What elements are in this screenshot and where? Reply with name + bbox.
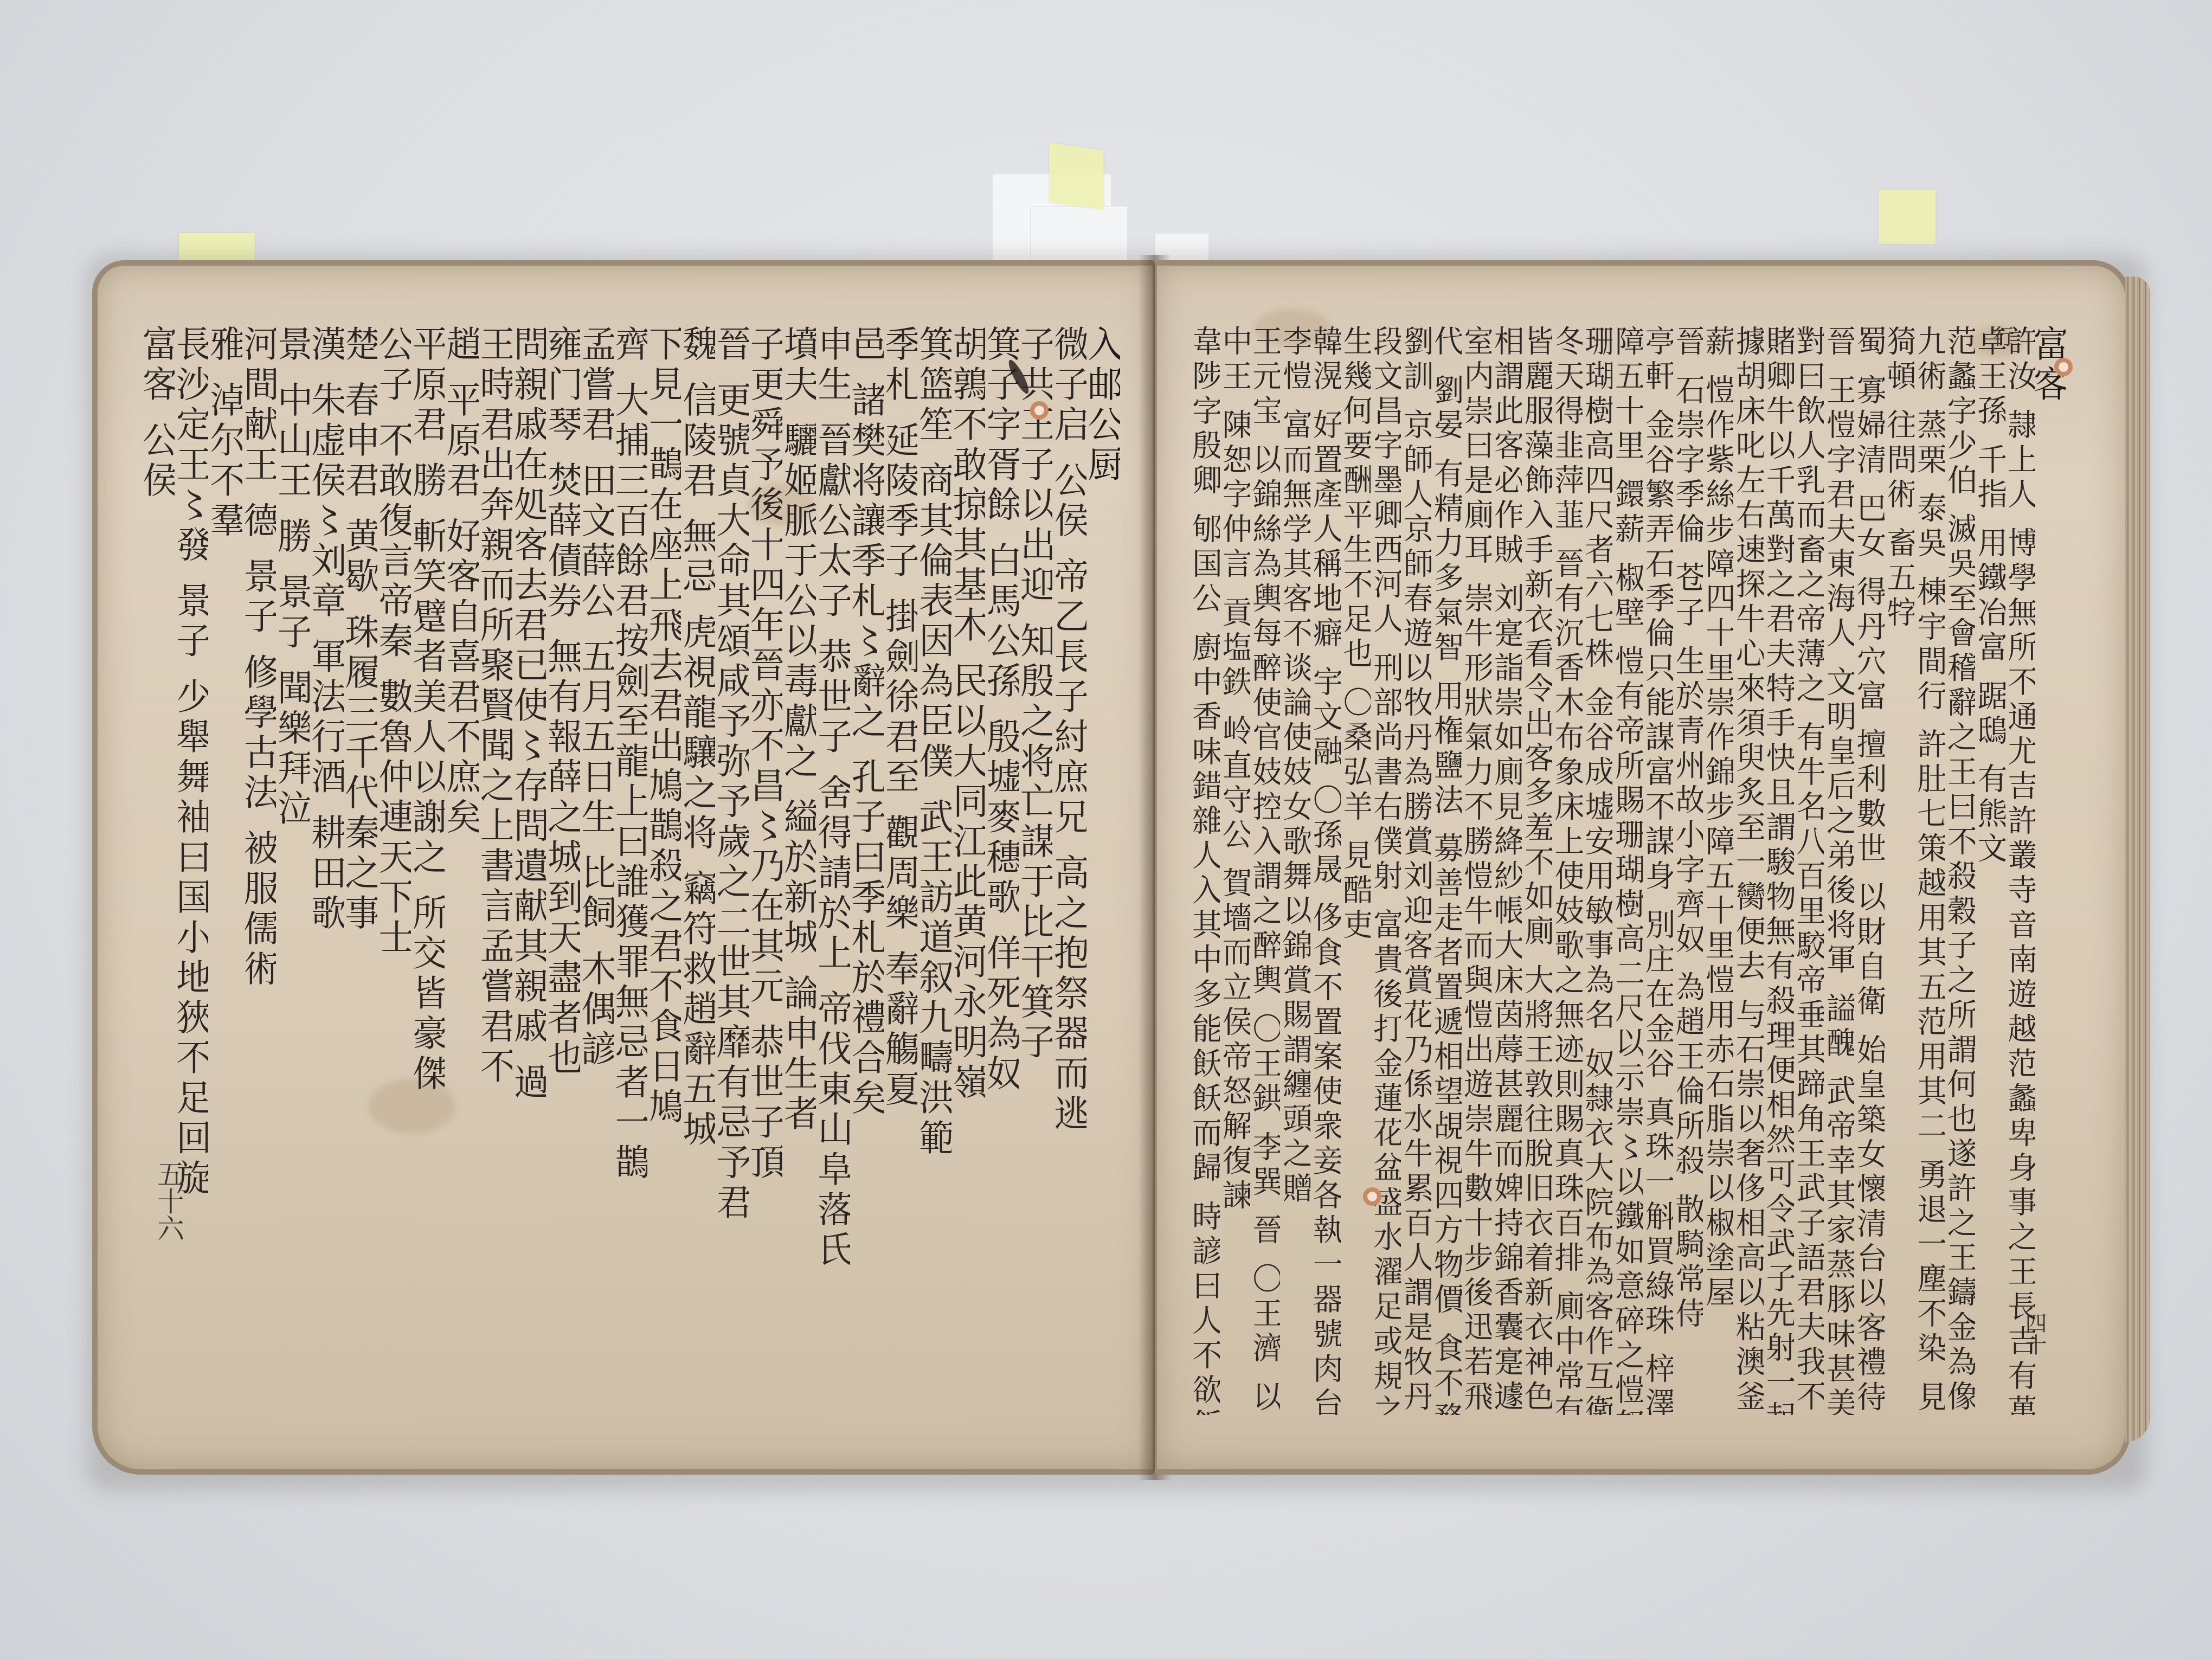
text-column: 胡鶉不敢掠其基木 民以大同江此黄河永明嶺: [951, 325, 985, 1415]
text-column: 魏 信陵君 無忌 虎視龍驤之将 竊符救趙辭五城: [681, 325, 715, 1415]
text-column: 漢 朱虚侯〻刘章 軍法行酒 耕田歌: [310, 325, 343, 1415]
text-column: 據胡床叱左右速探牛心來須臾炙至一臠便去 与石崇以奢侈相高以粘澳釜崇以蠟代: [1733, 325, 1764, 1415]
text-column: 公子 不敢復言帝秦 數魯仲連天下士: [377, 325, 411, 1415]
text-column: 問親戚在処客去君已使〻存問遺献其親戚 過: [512, 325, 546, 1415]
text-column: 長沙定王〻發 景子 少舉舞袖曰国小地狹不足回旋: [175, 325, 208, 1415]
text-column: 范蠡字少伯 滅吳至會稽辭之王曰不殺穀子之所謂何也遂許之王鑄金為像 蓬萊漢: [1945, 325, 1975, 1415]
text-column: 季札 延陵季子 掛劍徐君至 觀周樂 奉辭觴夏: [884, 325, 917, 1415]
corner-mark: 行: [1986, 325, 2017, 347]
text-column: 中王 陳恕字仲言 貢塩鉄 岭直守公 賀墻而立侯帝怒解復諫: [1220, 325, 1250, 1415]
text-column: 申生 晉獻公太子 恭世子 舍得請於上 帝伐東山阜落氏: [816, 325, 850, 1415]
text-column: 平原君 勝 斬笑躄者美人以謝之 所交皆豪傑: [411, 325, 445, 1415]
text-column: 齊 大捕三百餘君按劍至龍上曰誰獲罪無忌者一鵲: [614, 325, 647, 1415]
page-number: 四十: [2019, 1312, 2050, 1355]
text-column: 亭軒 金谷繁弄石季倫只能謀富不謀身 別庄在金谷 真珠一斛買綠珠 梓澤別庄名 敏: [1643, 325, 1673, 1415]
text-column: 猗頓 往問術 畜五牸: [1885, 325, 1915, 1415]
text-column: 楚 春申君 黄歇 珠履三千代秦之事: [344, 325, 377, 1415]
text-column: 相謂此客必作賊 刘寔詣崇如廁見絳紗帳大床茵蓐甚麗而婢持錦香囊寔遽去曰誤入卿: [1491, 325, 1522, 1415]
text-column: 子共王子以出迎 知殷之将亡謀于比干箕子: [1019, 325, 1052, 1415]
text-column: 富客 公侯: [141, 325, 175, 1415]
text-column: 河間献王 德 景子 修學古法 被服儒術: [242, 325, 276, 1415]
text-column: 冬天得韭萍韮 晉有沉香木布象床上使妓歌之無迹則賜真珠百排 廁中常有侍婢: [1552, 325, 1583, 1415]
text-column: 賭卿牛以千萬對之君夫特手快且謂駿物無有殺理便相然可令武子先射一起便破的卻: [1764, 325, 1794, 1415]
text-column: 景 中山王 勝 景子 聞樂拜泣: [276, 325, 310, 1415]
text-column: 蜀 寡婦清 巴女 得丹穴富 擅利數世 以財自衛 始皇築女懷清台以客禮待之: [1854, 325, 1885, 1415]
right-page: 富客 許汝 隷上人 博學無所不通尤吉許叢寺音南遊越范蠡卑身事之王長吉有萬物錄者所…: [1155, 260, 2131, 1475]
right-page-columns: 富客 許汝 隷上人 博學無所不通尤吉許叢寺音南遊越范蠡卑身事之王長吉有萬物錄者所…: [1189, 325, 2066, 1415]
left-page-columns: 入邮公厨 微子启 公侯 帝乙長子紂庶兄 高之抱祭器而逃 子共王子以出迎 知殷之将…: [141, 325, 1120, 1415]
text-column: 晉 更號貞大命其頌咸予弥予歲之二世其靡有忌予君: [715, 325, 749, 1415]
text-column: 晉 王愷字君夫東海人 文明皇后之弟後将軍 謚醜 武帝幸其家蒸豚味甚美問其故: [1824, 325, 1854, 1415]
text-column: 箕篮笙 商其倫表因為臣僕 武王訪道叙九疇洪範: [917, 325, 951, 1415]
text-column: 障五十里 鐶薪 椒壁 愷有帝所賜珊瑚樹高二尺以示崇〻以鐵如意碎之愷怒及啟家: [1612, 325, 1643, 1415]
text-column: 韓滉 好置產人稱地癖 宇文融 〇孫晟 侈食不置案使衆妾各執一器號肉台盤: [1310, 325, 1341, 1415]
sticky-tab-center: [1049, 143, 1103, 210]
text-column: 邑 諸樊将讓季札〻辭之 孔子曰季札於禮合矣: [850, 325, 884, 1415]
text-column: 皆麗服藻飾入手新衣看令出客多羞不如廁 大將王敦往脫旧衣着新衣神色傲然群婢: [1522, 325, 1552, 1415]
red-circle-mark: [1030, 401, 1049, 420]
text-column: 箕子字胥餘 白馬公孫 殷墟麥穗歌 佯死為奴: [985, 325, 1019, 1415]
text-column: 微子启 公侯 帝乙長子紂庶兄 高之抱祭器而逃: [1052, 325, 1086, 1415]
text-column: 王元宝 以錦絲為輿每醉使官妓控入謂之醉輿 〇王鉷 李巽 晉 〇王濟 以木作炭將滅…: [1250, 325, 1281, 1415]
text-column: 趙 平原君 好客自喜君不庶矣: [445, 325, 478, 1415]
text-column: 劉訓 京師人京師春遊以牧丹為勝賞刘迎客賞花乃係水牛累百人謂是牧丹: [1401, 325, 1431, 1415]
text-column: 韋陟字殷卿 郇国公 廚中香味錯雜人入其中多能飫飫而歸 時諺曰人不欲飯筋骨舒食緣須: [1189, 325, 1220, 1415]
text-column: 室内崇曰是廁耳 崇牛形狀氣力不勝愷牛而與愷出遊崇牛數十步後迅若飛禽愷牛絕走不能及: [1462, 325, 1492, 1415]
left-page: 入邮公厨 微子启 公侯 帝乙長子紂庶兄 高之抱祭器而逃 子共王子以出迎 知殷之将…: [92, 260, 1155, 1475]
text-column: 代 劉晏 有精力多氣智 用権鹽法 募善走者置遞相望覘視四方物價 食不務多品: [1431, 325, 1462, 1415]
text-column: 墳夫 驪姬脈于公以毒獻之 縊於新城 論申生者: [782, 325, 816, 1415]
text-column: 入邮公厨: [1086, 325, 1120, 1415]
text-column: 對曰飲人乳而畜之帝薄之 有牛名八百里駮帝垂其蹄角王武子語君夫我不如卿令指: [1794, 325, 1824, 1415]
text-column: 王時君出奔親而所聚賢聞之上書言孟嘗君不: [479, 325, 512, 1415]
page-number: 五十六: [149, 1160, 188, 1242]
text-column: 李愷 富而無学其客不谈論使妓女歌舞以錦賞賜謂纏頭之贈: [1280, 325, 1310, 1415]
text-column: 九術 蒸栗 泰吳 棟宇間行 許肚七策越用其五范用其二 勇退一塵不染 見休退: [1914, 325, 1945, 1415]
text-column: 生幾何要酬平生不足也 〇桑弘羊 見酷吏: [1341, 325, 1371, 1415]
text-column: 段文昌字墨卿西河人 刑部尚書右僕射 富貴後打金蓮花盆盛水濯足或規之答曰人: [1371, 325, 1401, 1415]
text-column: 許汝 隷上人 博學無所不通尤吉許叢寺音南遊越范蠡卑身事之王長吉有萬物錄者所出: [2005, 325, 2036, 1415]
text-column: 子更舜予後十四年晉亦不昌〻乃在其元 恭世子頂: [749, 325, 782, 1415]
sticky-tab-right: [1879, 190, 1935, 244]
text-column: 雅 淖尔不羣: [208, 325, 242, 1415]
red-circle-mark: [1363, 1187, 1381, 1206]
text-column: 晉 石崇字季倫 苍子 生於青州故小字齊奴 為趙王倫所殺 散騎常侍: [1673, 325, 1703, 1415]
photo-stage: 入邮公厨 微子启 公侯 帝乙長子紂庶兄 高之抱祭器而逃 子共王子以出迎 知殷之将…: [0, 0, 2212, 1659]
text-column: 卓王孫 千指 用鐵冶富 踞鴟 有熊文: [1975, 325, 2005, 1415]
text-column: 孟嘗君 田文薛公 五月五日生 比飼 木偶諺: [580, 325, 614, 1415]
text-column: 富客: [2035, 325, 2066, 1415]
text-column: 下見一鵲在座上飛去君出鳩鵲殺之君不食日鳩: [647, 325, 681, 1415]
red-circle-mark: [2054, 358, 2073, 376]
text-column: 薪 愷作紫絲步障四十里崇作錦步障五十里愷用赤石脂崇以椒塗屋: [1703, 325, 1733, 1415]
text-column: 珊瑚樹高四尺者六七株 金谷成墟安用敏事為名 奴隸衣大院布為客作互衛出唐使辦恒: [1583, 325, 1613, 1415]
text-column: 雍门琴 焚薛債券 無有報薛之城到天盡者也: [546, 325, 580, 1415]
